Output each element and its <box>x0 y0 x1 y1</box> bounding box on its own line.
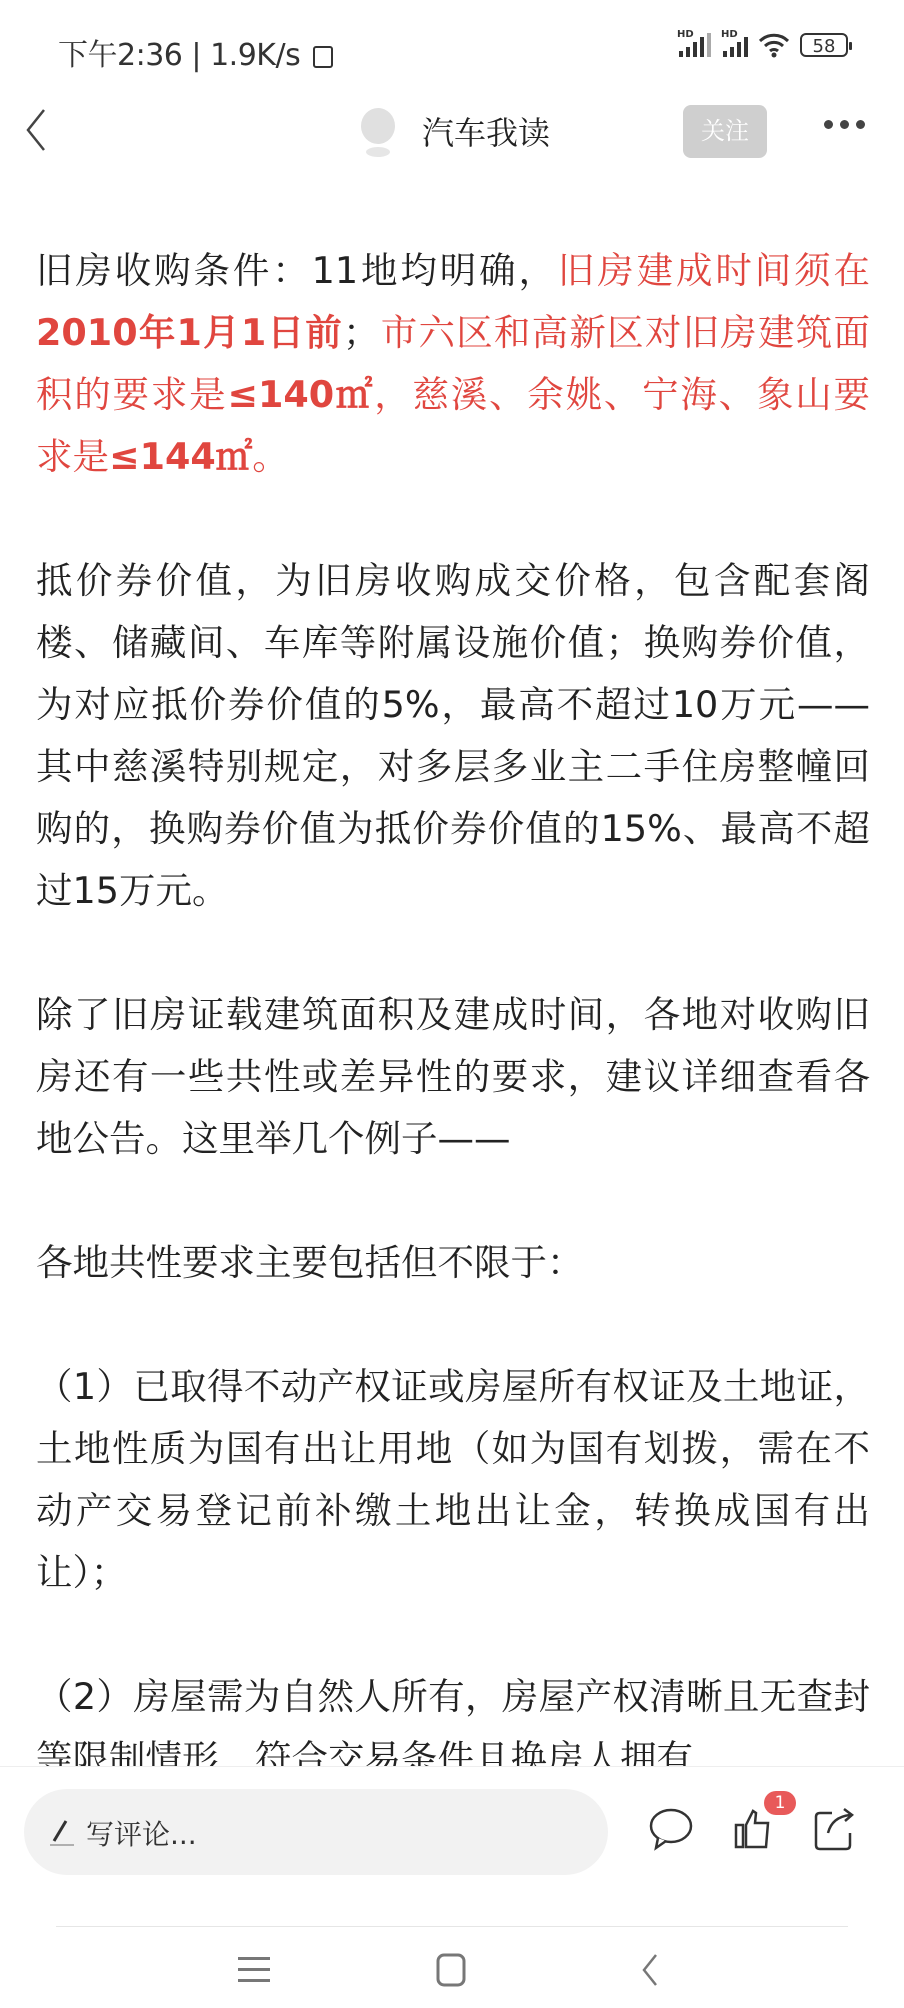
share-icon[interactable] <box>814 1807 856 1851</box>
chevron-left-icon[interactable] <box>22 108 52 152</box>
like-count-badge: 1 <box>764 1791 796 1815</box>
avatar[interactable] <box>360 108 396 158</box>
wifi-icon <box>758 32 790 58</box>
status-separator: | <box>191 38 210 73</box>
highlight-text: 旧房建成时间须在 <box>558 249 870 292</box>
follow-button[interactable]: 关注 <box>683 105 767 158</box>
status-left: 下午2:36 | 1.9K/s <box>58 30 333 74</box>
divider <box>56 1926 848 1927</box>
highlight-text: 。 <box>252 435 289 478</box>
comment-input[interactable]: 写评论... <box>24 1789 608 1875</box>
highlight-bold: 2010年1月1日前 <box>36 311 343 354</box>
clock: 下午2:36 <box>58 38 182 73</box>
signal-icon-2: HD <box>721 33 748 57</box>
article-body: 旧房收购条件：11地均明确，旧房建成时间须在2010年1月1日前；市六区和高新区… <box>36 240 870 1852</box>
account-name[interactable]: 汽车我读 <box>422 108 550 154</box>
system-nav-bar <box>0 1937 904 2008</box>
bottom-action-bar: 写评论... 1 <box>0 1766 904 2008</box>
highlight-bold: ≤140㎡ <box>227 373 374 416</box>
status-bar: 下午2:36 | 1.9K/s HD HD 58 <box>0 0 904 90</box>
paragraph-voucher-value: 抵价券价值，为旧房收购成交价格，包含配套阁楼、储藏间、车库等附属设施价值；换购券… <box>36 550 870 922</box>
paragraph-purchase-conditions: 旧房收购条件：11地均明确，旧房建成时间须在2010年1月1日前；市六区和高新区… <box>36 240 870 488</box>
comment-icon[interactable] <box>648 1807 694 1851</box>
text-sep: ； <box>343 311 380 354</box>
net-speed: 1.9K/s <box>210 38 300 73</box>
nfc-icon <box>313 46 333 68</box>
status-right: HD HD 58 <box>677 32 848 58</box>
comment-placeholder: 写评论... <box>86 1813 197 1853</box>
more-dots-icon[interactable] <box>824 120 865 129</box>
text-lead: 旧房收购条件：11地均明确， <box>36 249 558 292</box>
article-header: 汽车我读 关注 <box>0 90 904 170</box>
battery-icon: 58 <box>800 33 848 57</box>
paragraph-requirement-1: （1）已取得不动产权证或房屋所有权证及土地证，土地性质为国有出让用地（如为国有划… <box>36 1356 870 1604</box>
hd-label: HD <box>721 29 738 40</box>
home-icon[interactable] <box>436 1953 466 1987</box>
hd-label: HD <box>677 29 694 40</box>
pencil-icon <box>48 1817 76 1847</box>
menu-icon[interactable] <box>238 1955 270 1985</box>
paragraph-common-requirements: 各地共性要求主要包括但不限于： <box>36 1232 870 1294</box>
highlight-bold: ≤144㎡ <box>109 435 252 478</box>
back-icon[interactable] <box>640 1953 660 1987</box>
like-icon[interactable] <box>734 1807 772 1851</box>
signal-icon-1: HD <box>677 33 711 57</box>
paragraph-requirements-intro: 除了旧房证载建筑面积及建成时间，各地对收购旧房还有一些共性或差异性的要求，建议详… <box>36 984 870 1170</box>
